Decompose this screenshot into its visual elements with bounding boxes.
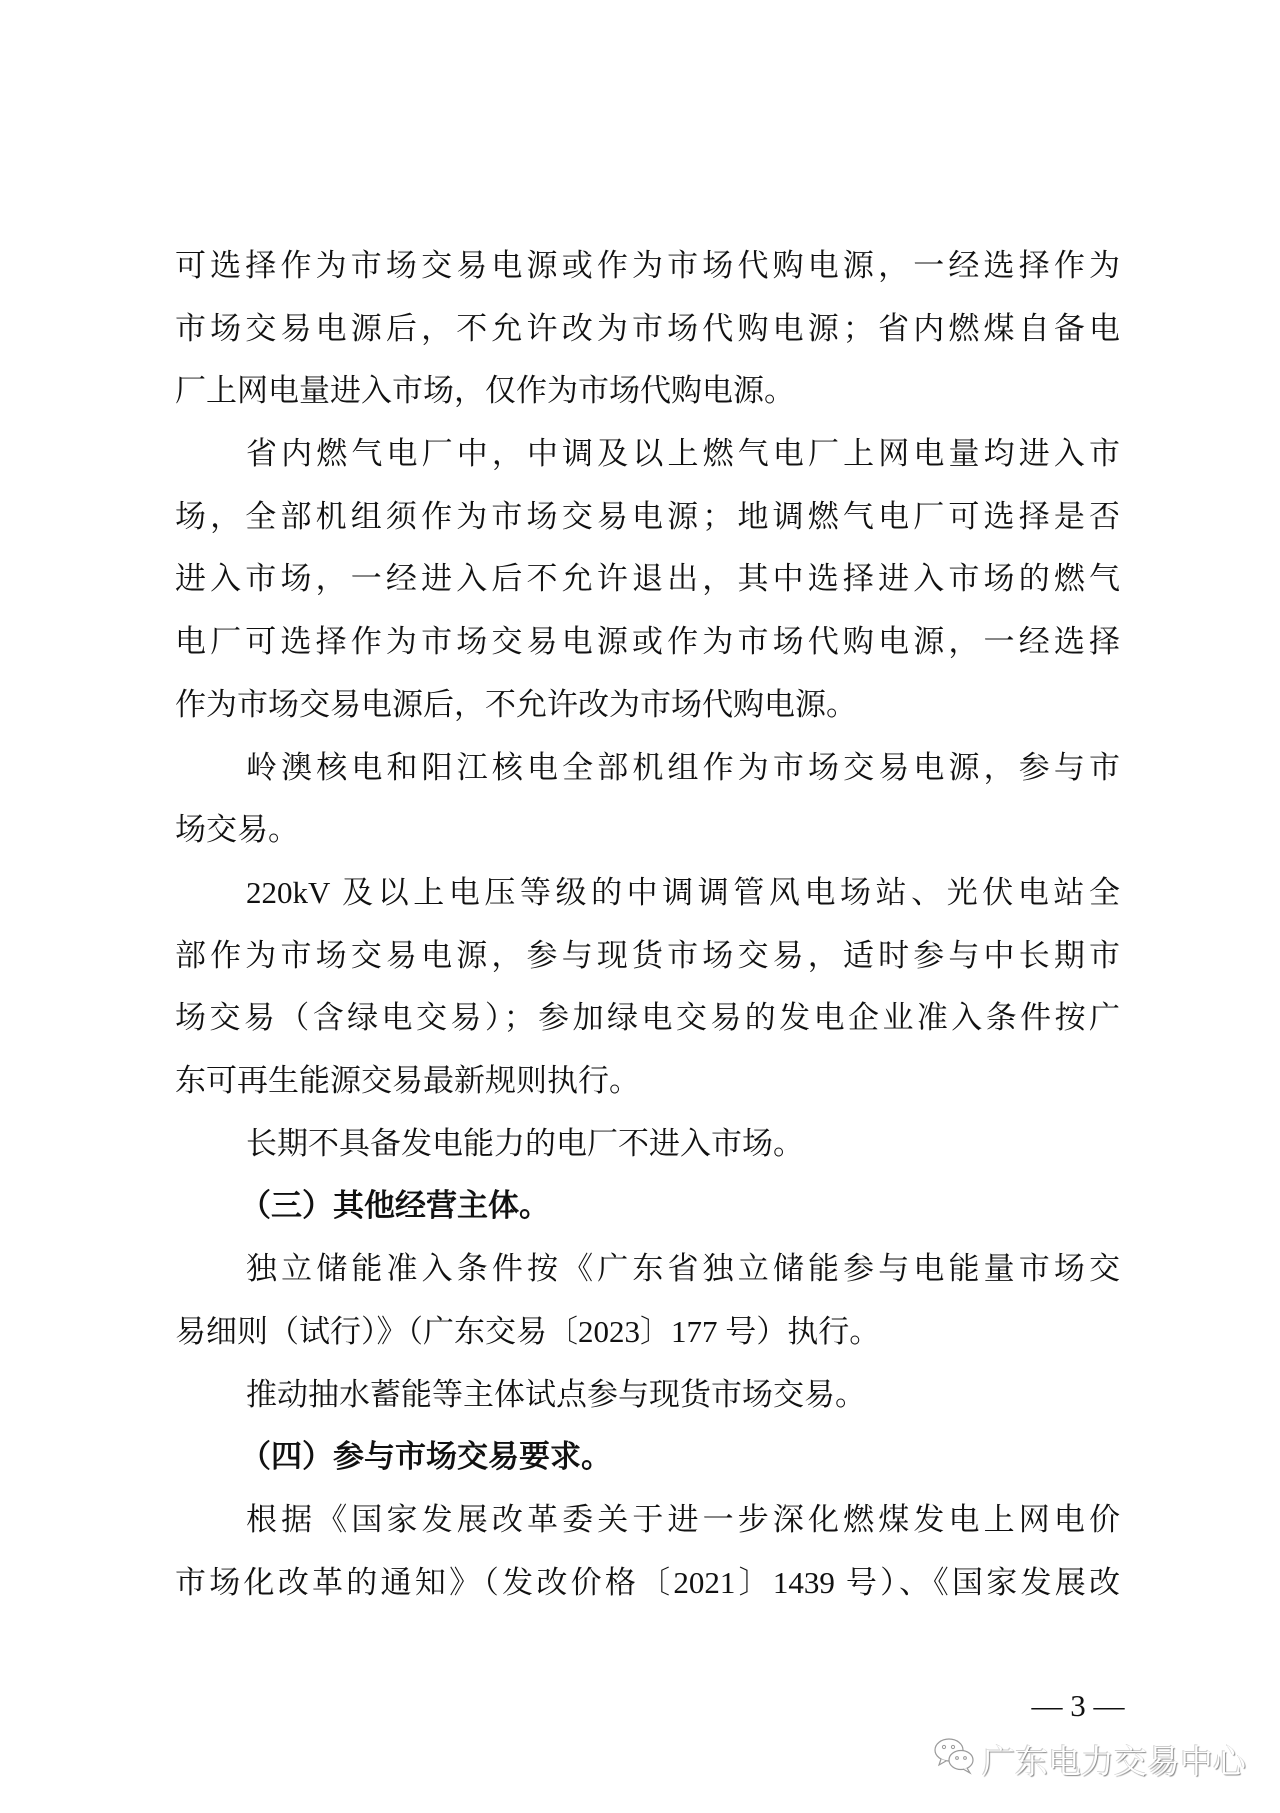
text-line: 部作为市场交易电源，参与现货市场交易，适时参与中长期市 (175, 936, 1120, 976)
document-page: 可选择作为市场交易电源或作为市场代购电源，一经选择作为 市场交易电源后，不允许改… (0, 0, 1280, 1813)
text-line: 易细则（试行）》（广东交易〔2023〕177 号）执行。 (175, 1312, 1120, 1352)
paragraph-start-line: 岭澳核电和阳江核电全部机组作为市场交易电源，参与市 (246, 748, 1120, 788)
wechat-icon (932, 1735, 976, 1783)
page-number: — 3 — (1028, 1686, 1128, 1726)
watermark: 广东电力交易中心 (932, 1736, 1246, 1782)
text-line: 作为市场交易电源后，不允许改为市场代购电源。 (175, 685, 1120, 725)
paragraph-start-line: 省内燃气电厂中，中调及以上燃气电厂上网电量均进入市 (246, 434, 1120, 474)
text-line: 厂上网电量进入市场，仅作为市场代购电源。 (175, 371, 1120, 411)
section-heading-3: （三）其他经营主体。 (240, 1186, 1185, 1226)
text-line: 场，全部机组须作为市场交易电源；地调燃气电厂可选择是否 (175, 497, 1120, 537)
text-line: 电厂可选择作为市场交易电源或作为市场代购电源，一经选择 (175, 622, 1120, 662)
text-line: 进入市场，一经进入后不允许退出，其中选择进入市场的燃气 (175, 559, 1120, 599)
paragraph-start-line: 根据《国家发展改革委关于进一步深化燃煤发电上网电价 (246, 1500, 1120, 1540)
text-line: 场交易（含绿电交易）；参加绿电交易的发电企业准入条件按广 (175, 998, 1120, 1038)
text-line: 可选择作为市场交易电源或作为市场代购电源，一经选择作为 (175, 246, 1120, 286)
text-line: 东可再生能源交易最新规则执行。 (175, 1061, 1120, 1101)
text-line: 市场交易电源后，不允许改为市场代购电源；省内燃煤自备电 (175, 309, 1120, 349)
paragraph-start-line: 220kV 及以上电压等级的中调调管风电场站、光伏电站全 (246, 873, 1120, 913)
text-line: 市场化改革的通知》（发改价格〔2021〕1439 号）、《国家发展改 (175, 1563, 1120, 1603)
paragraph-start-line: 长期不具备发电能力的电厂不进入市场。 (246, 1124, 1120, 1164)
section-heading-4: （四）参与市场交易要求。 (240, 1437, 1185, 1477)
watermark-text: 广东电力交易中心 (982, 1736, 1246, 1783)
text-line: 场交易。 (175, 810, 1120, 850)
paragraph-start-line: 推动抽水蓄能等主体试点参与现货市场交易。 (246, 1375, 1120, 1415)
paragraph-start-line: 独立储能准入条件按《广东省独立储能参与电能量市场交 (246, 1249, 1120, 1289)
